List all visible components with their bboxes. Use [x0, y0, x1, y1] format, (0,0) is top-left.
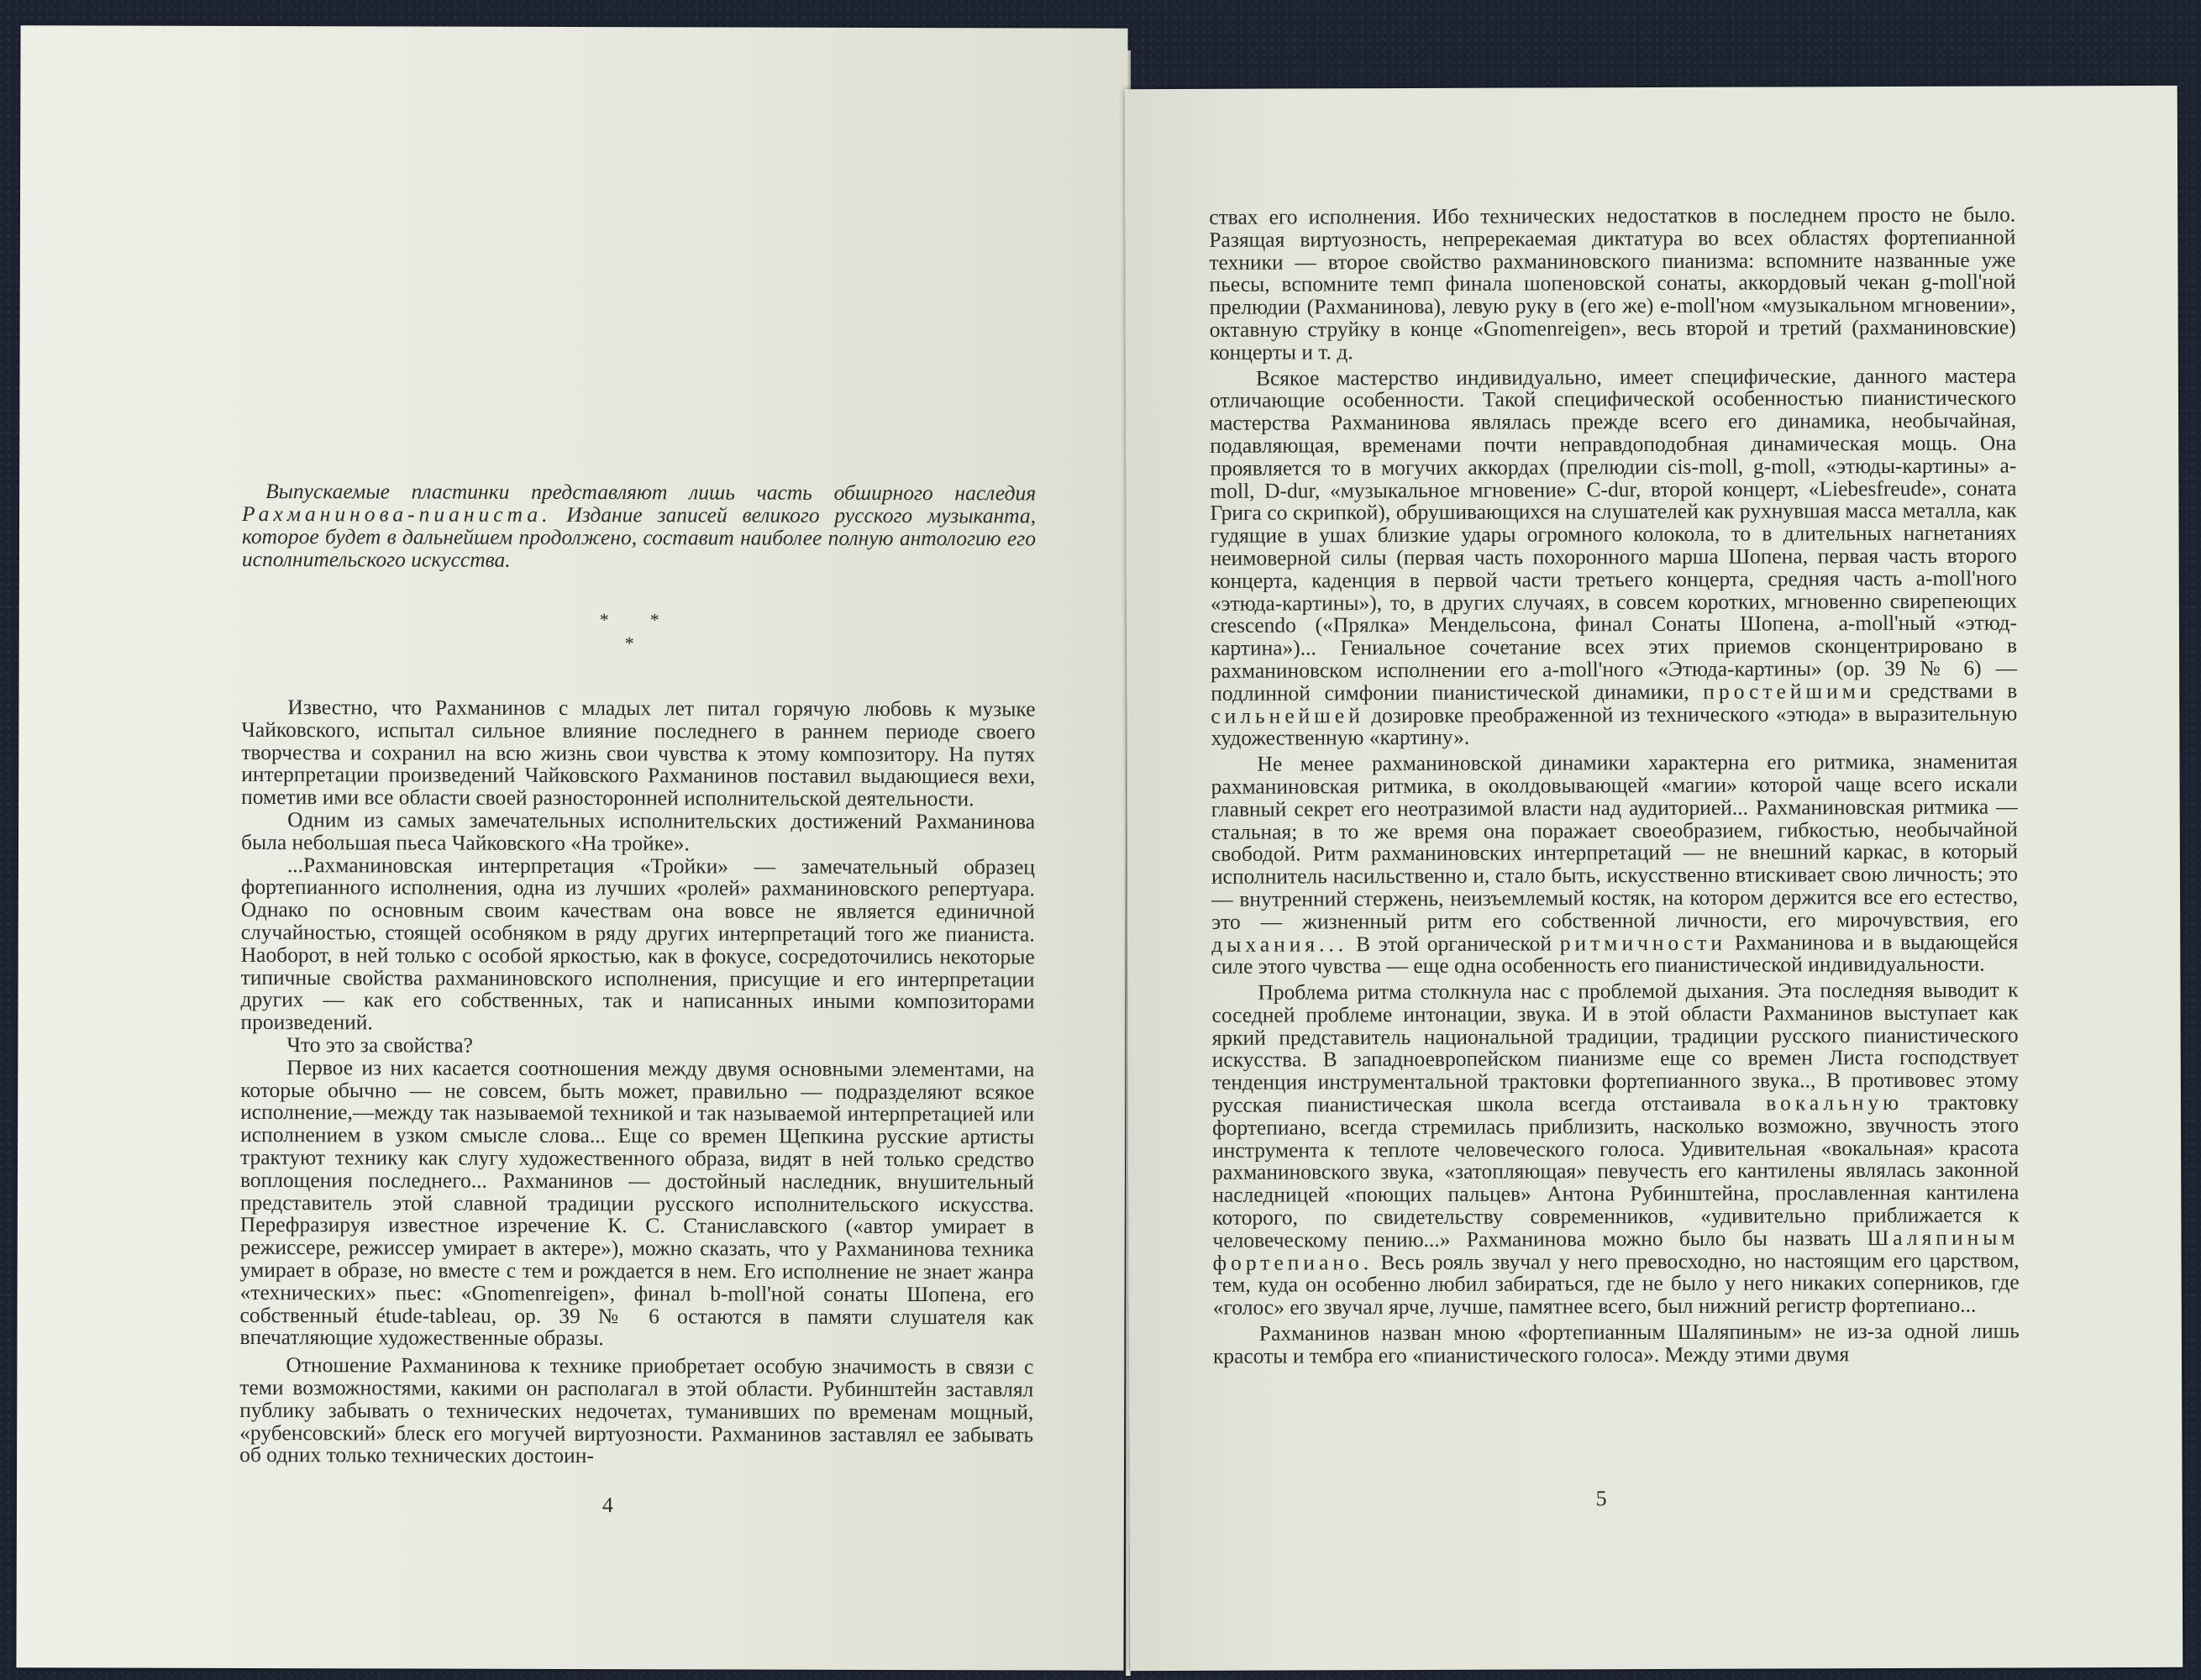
spaced-emphasis: ритмичности	[1560, 930, 1726, 955]
spaced-emphasis: вокальную	[1766, 1090, 1903, 1116]
intro-italic-note: Выпускаемые пластинки представляют лишь …	[242, 480, 1036, 572]
paragraph: Отношение Рахманинова к технике приобрет…	[239, 1354, 1033, 1468]
spaced-emphasis: простейшими	[1703, 679, 1875, 704]
left-page: Выпускаемые пластинки представляют лишь …	[16, 25, 1127, 1670]
page-number: 4	[602, 1493, 613, 1518]
left-page-body: Известно, что Рахманинов с младых лет пи…	[239, 696, 1035, 1469]
paragraph: Первое из них касается соотношения между…	[239, 1057, 1034, 1352]
paragraph: Проблема ритма столкнула нас с проблемой…	[1211, 979, 2019, 1320]
page-number: 5	[1596, 1486, 1607, 1511]
paragraph: Одним из самых замечательных исполнитель…	[241, 809, 1035, 856]
asterisk-icon: *	[649, 611, 659, 629]
paragraph: Известно, что Рахманинов с младых лет пи…	[241, 696, 1035, 811]
right-page: ствах его исполнения. Ибо технических не…	[1125, 86, 2183, 1671]
paragraph: ствах его исполнения. Ибо технических не…	[1209, 203, 2016, 364]
right-page-body: ствах его исполнения. Ибо технических не…	[1209, 203, 2020, 1368]
spaced-emphasis: сильнейшей	[1211, 703, 1364, 728]
asterisk-icon: *	[624, 634, 633, 653]
paragraph: ...Рахманиновская интерпретация «Тройки»…	[240, 854, 1035, 1037]
paragraph: Рахманинов назван мною «фортепианным Шал…	[1213, 1320, 2020, 1368]
paragraph: Не менее рахманиновской динамики характе…	[1211, 751, 2018, 979]
spaced-emphasis: дыхания...	[1211, 932, 1347, 957]
asterism-separator: * * *	[242, 610, 1036, 645]
paragraph: Всякое мастерство индивидуально, имеет с…	[1210, 365, 2018, 750]
asterisk-icon: *	[599, 611, 608, 629]
spaced-emphasis: Рахманинова-пианиста.	[242, 501, 552, 527]
